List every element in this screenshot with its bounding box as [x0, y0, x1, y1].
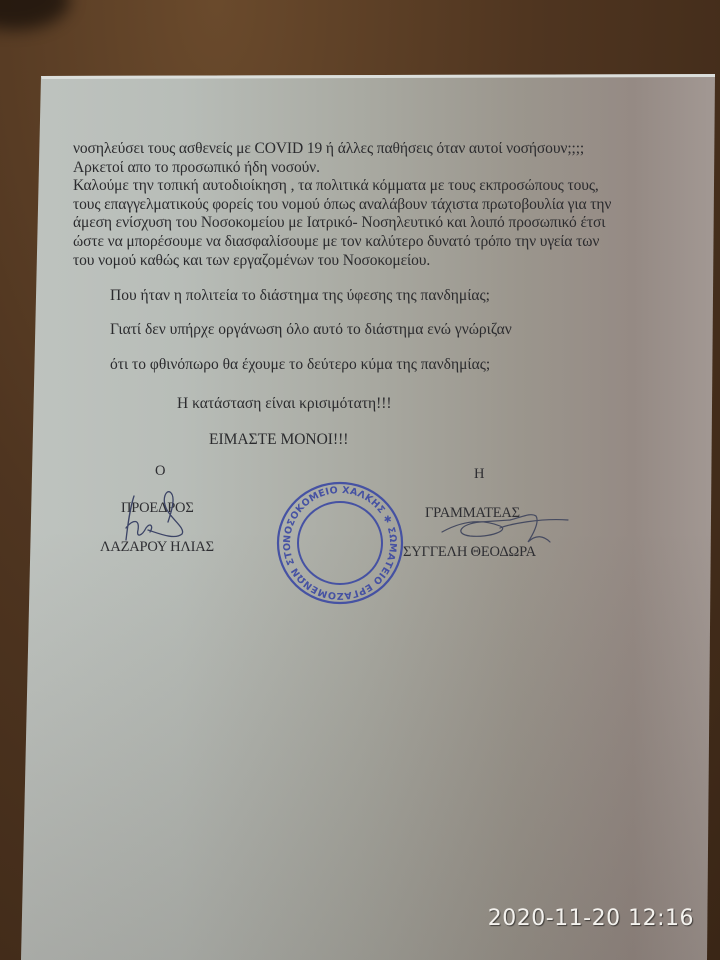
critical-statement: Η κατάσταση είναι κρισιμότατη!!!	[177, 395, 392, 413]
paragraph-line: Καλούμε την τοπική αυτοδιοίκηση , τα πολ…	[73, 177, 611, 196]
union-stamp: ΝΟΣΟΚΟΜΕΙΟ ΧΑΛΚΗΣ ✱ ΣΩΜΑΤΕΙΟ ΕΡΓΑΖΟΜΕΝΩΝ…	[274, 478, 406, 608]
paragraph-line: του νομού καθώς και των εργαζομένων του …	[73, 252, 611, 271]
photo-timestamp: 2020-11-20 12:16	[488, 906, 694, 931]
secretary-title: ΓΡΑΜΜΑΤΕΑΣ	[425, 505, 520, 522]
secretary-name: ΣΥΓΓΕΛΗ ΘΕΟΔΩΡΑ	[403, 544, 536, 561]
secretary-article: Η	[474, 466, 484, 483]
president-name: ΛΑΖΑΡΟΥ ΗΛΙΑΣ	[100, 539, 214, 556]
paragraph-line: νοσηλεύσει τους ασθενείς με COVID 19 ή ά…	[73, 140, 611, 159]
paragraph-line: τους επαγγελματικούς φορείς του νομού όπ…	[73, 196, 611, 215]
alone-statement: ΕΙΜΑΣΤΕ ΜΟΝΟΙ!!!	[209, 431, 348, 449]
question-line: ότι το φθινόπωρο θα έχουμε το δεύτερο κύ…	[110, 356, 490, 374]
question-line: Που ήταν η πολιτεία το διάστημα της ύφεσ…	[110, 287, 490, 305]
question-line: Γιατί δεν υπήρχε οργάνωση όλο αυτό το δι…	[110, 321, 512, 339]
paragraph-line: ώστε να μπορέσουμε να διασφαλίσουμε με τ…	[73, 233, 611, 252]
body-paragraph: νοσηλεύσει τους ασθενείς με COVID 19 ή ά…	[73, 140, 611, 270]
paragraph-line: άμεση ενίσχυση του Νοσοκομείου με Ιατρικ…	[73, 214, 611, 233]
president-title: ΠΡΟΕΔΡΟΣ	[121, 500, 194, 517]
table-surface-shadow	[0, 0, 70, 30]
president-article: Ο	[155, 463, 165, 480]
paragraph-line: Αρκετοί απο το προσωπικό ήδη νοσούν.	[73, 159, 611, 178]
